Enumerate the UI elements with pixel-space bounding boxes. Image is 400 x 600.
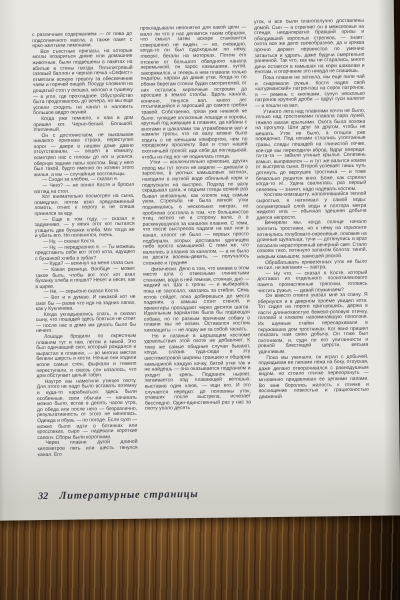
page-content: с различным содержанием — от пива до под… bbox=[32, 19, 372, 502]
paragraph: Через плавни дугой длиной километров пят… bbox=[37, 440, 137, 458]
paragraph: Утиного лета над плавнями почти не было,… bbox=[255, 108, 366, 193]
text-column-3: уток, и все были благополучно доставлены… bbox=[254, 19, 370, 483]
text-column-1: с различным содержанием — от пива до под… bbox=[32, 22, 138, 486]
paragraph: Утки — исключительно кряковые, других по… bbox=[142, 160, 249, 268]
paragraph: Но и лазанье в шуршащем костюме удовольс… bbox=[144, 333, 251, 413]
text-column-2: прокладывали непонятно для какой цели — … bbox=[140, 20, 252, 484]
paragraph: Он с достоинством, не выказывая никакого… bbox=[33, 132, 134, 178]
section-title: Литературные страницы bbox=[59, 489, 198, 502]
photo-of-magazine-page-on-table: с различным содержанием — от пива до под… bbox=[0, 0, 400, 600]
page-number: 32 bbox=[38, 491, 48, 502]
paragraph: Он вместо ответа указал мне за спину. Я … bbox=[258, 293, 369, 356]
text-columns: с различным содержанием — от пива до под… bbox=[32, 19, 372, 486]
paragraph: — Еще в том году, — сказал я задумчиво, … bbox=[35, 216, 135, 240]
paragraph: физически. Дело в том, что канава в этом… bbox=[143, 266, 250, 335]
paragraph: уток, и все были благополучно доставлены… bbox=[254, 19, 365, 76]
paragraph: — Какая разница. Вообще — может такое бы… bbox=[35, 267, 135, 291]
paragraph: Наутро мы наметили утиную охоту. Для это… bbox=[37, 379, 138, 442]
paragraph: — Ну что, — сказал я Косте, который дост… bbox=[257, 270, 367, 294]
paragraph: прокладывали непонятно для какой цели — … bbox=[140, 25, 248, 161]
magazine-page: с различным содержанием — от пива до под… bbox=[0, 0, 400, 521]
paragraph: Костюм-химзащиту, наполнявшийся теплой с… bbox=[256, 192, 366, 221]
paragraph: Пока мы ужинали, он играл с добычей, под… bbox=[258, 354, 369, 400]
paragraph: Кот внимательно посмотрел на сына, помед… bbox=[34, 194, 134, 218]
paragraph: Вечерели мы, когда солнце начало золотит… bbox=[257, 220, 368, 261]
page-footer: 32 Литературные страницы bbox=[38, 487, 372, 502]
paragraph: Пока плавня не затихла, мы еще пили чай … bbox=[255, 75, 365, 110]
paragraph: Лошади бродили по окрестным плавням тут … bbox=[36, 334, 137, 380]
paragraph: Когда укладывались спать, я сказал сыну,… bbox=[36, 311, 136, 335]
paragraph: Все съестные припасы, на которые могли п… bbox=[32, 49, 133, 117]
